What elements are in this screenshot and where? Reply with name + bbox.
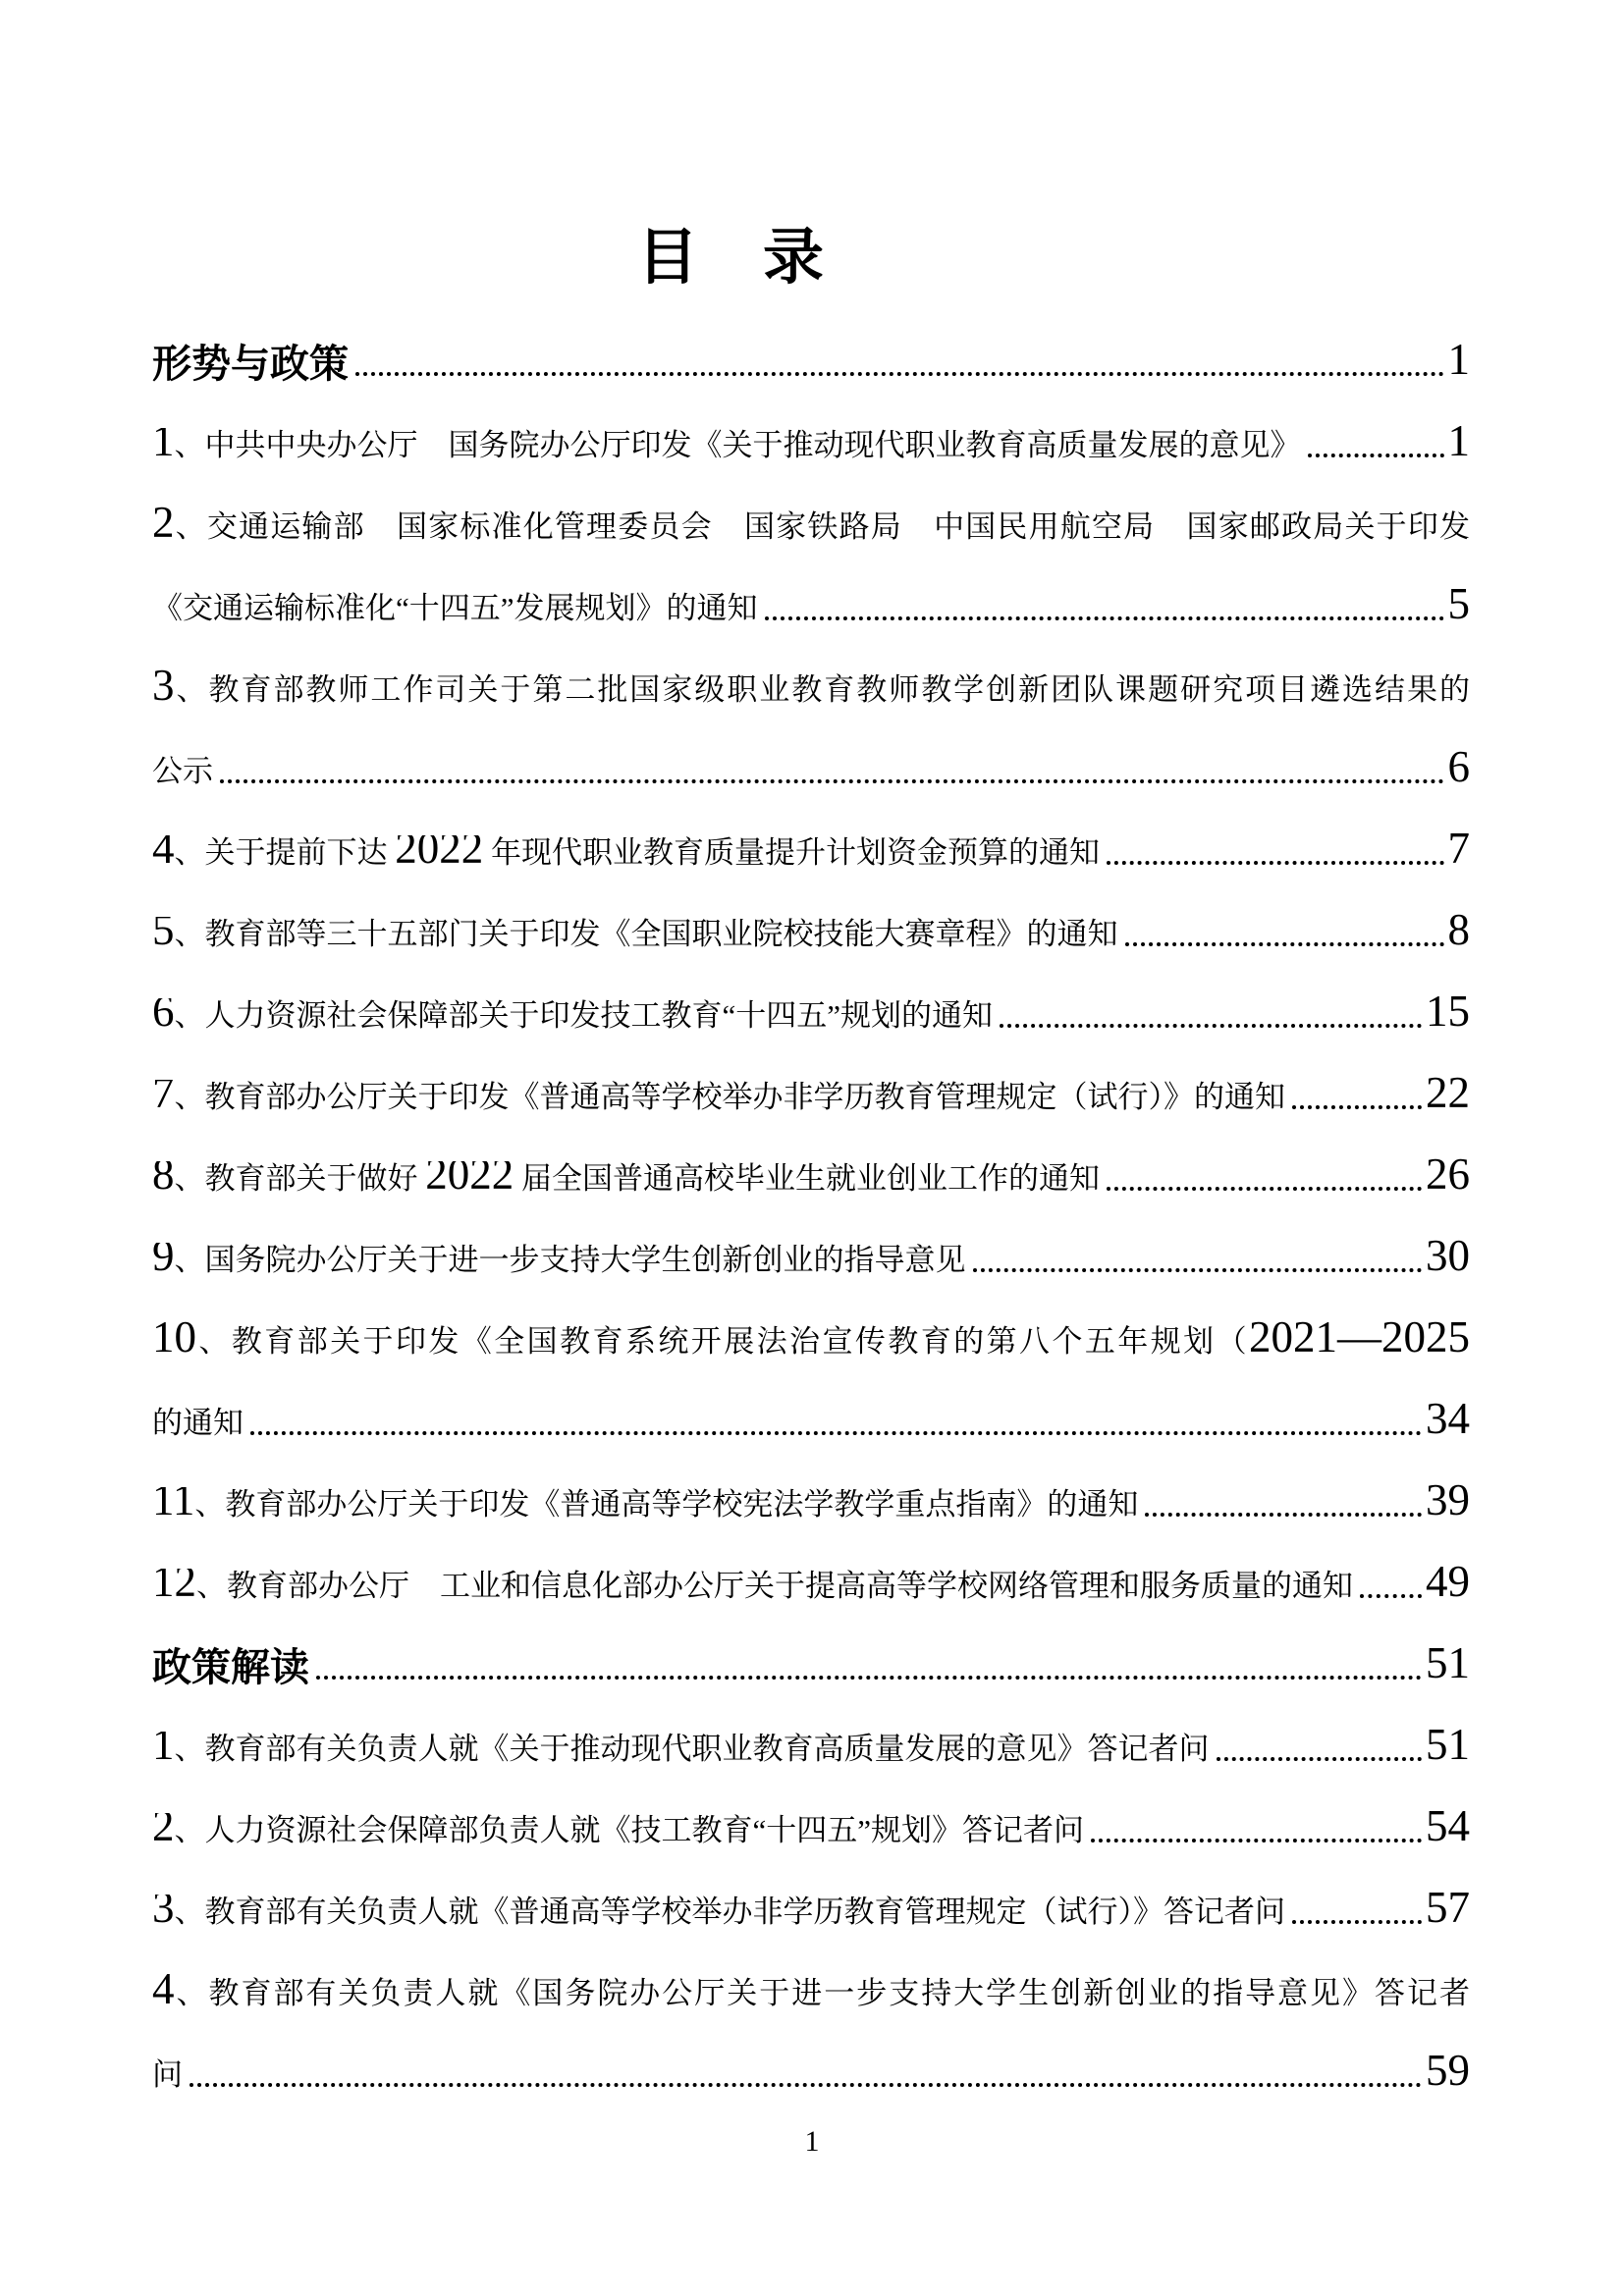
entry-page-number: 5 [1448, 593, 1471, 623]
numeral: 2 [152, 498, 175, 547]
numeral: 4 [152, 835, 175, 871]
numeral: 59 [1426, 2046, 1470, 2095]
dot-leader [1000, 1024, 1422, 1028]
toc-entry-text: 1、中共中央办公厅 国务院办公厅印发《关于推动现代职业教育高质量发展的意见》 [152, 428, 1301, 463]
toc-entry-text: 12、教育部办公厅 工业和信息化部办公厅关于提高高等学校网络管理和服务质量的通知 [152, 1569, 1353, 1604]
entry-page-number: 26 [1426, 1163, 1470, 1194]
toc-entry-row: 2、人力资源社会保障部负责人就《技工教育“十四五”规划》答记者问54 [152, 1789, 1470, 1871]
toc-entry-row: 3、教育部有关负责人就《普通高等学校举办非学历教育管理规定（试行）》答记者问57 [152, 1871, 1470, 1952]
numeral: 6 [152, 998, 175, 1034]
numeral: 2022 [425, 1161, 514, 1197]
numeral: 34 [1426, 1394, 1470, 1443]
section-page-number: 51 [1426, 1652, 1470, 1682]
entry-page-number: 57 [1426, 1896, 1470, 1927]
dot-leader [1308, 454, 1444, 457]
entry-page-number: 51 [1426, 1734, 1470, 1764]
numeral: 10 [152, 1312, 196, 1362]
entry-page-number: 7 [1448, 837, 1471, 868]
toc-entry-row: 1、教育部有关负责人就《关于推动现代职业教育高质量发展的意见》答记者问51 [152, 1708, 1470, 1789]
numeral: 1 [152, 428, 175, 463]
toc-section-row: 政策解读51 [152, 1627, 1470, 1708]
toc-entry-line: 4、教育部有关负责人就《国务院办公厅关于进一步支持大学生创新创业的指导意见》答记… [152, 1952, 1470, 2034]
footer-page-number: 1 [0, 2122, 1624, 2162]
numeral: 22 [1426, 1068, 1470, 1117]
numeral: 49 [1426, 1557, 1470, 1606]
numeral: 3 [152, 1895, 175, 1930]
toc-entry-text: 问 [152, 2057, 183, 2093]
numeral: 30 [1426, 1231, 1470, 1280]
numeral: 8 [1448, 905, 1471, 954]
numeral: 7 [1448, 824, 1471, 873]
toc-entry-line: 2、交通运输部 国家标准化管理委员会 国家铁路局 中国民用航空局 国家邮政局关于… [152, 486, 1470, 567]
toc-entry-text: 11、教育部办公厅关于印发《普通高等学校宪法学教学重点指南》的通知 [152, 1487, 1138, 1522]
toc-entry-text: 《交通运输标准化“十四五”发展规划》的通知 [152, 591, 758, 626]
dot-leader [1217, 1757, 1423, 1761]
numeral: 15 [1426, 987, 1470, 1036]
dot-leader [1091, 1839, 1422, 1842]
dot-leader [316, 1676, 1422, 1680]
entry-page-number: 1 [1448, 430, 1471, 460]
numeral: 1 [1448, 416, 1471, 465]
numeral: 57 [1426, 1883, 1470, 1932]
toc-entry-text: 1、教育部有关负责人就《关于推动现代职业教育高质量发展的意见》答记者问 [152, 1732, 1210, 1767]
toc-entry-row: 《交通运输标准化“十四五”发展规划》的通知5 [152, 567, 1470, 649]
toc-page: 目 录 形势与政策11、中共中央办公厅 国务院办公厅印发《关于推动现代职业教育高… [0, 0, 1624, 2296]
entry-page-number: 8 [1448, 919, 1471, 949]
numeral: 12 [152, 1569, 196, 1604]
dot-leader [973, 1268, 1423, 1272]
toc-entry-text: 9、国务院办公厅关于进一步支持大学生创新创业的指导意见 [152, 1243, 966, 1278]
toc-entry-row: 1、中共中央办公厅 国务院办公厅印发《关于推动现代职业教育高质量发展的意见》1 [152, 404, 1470, 486]
dot-leader [1107, 861, 1444, 865]
toc-entry-line: 10、教育部关于印发《全国教育系统开展法治宣传教育的第八个五年规划（2021—2… [152, 1301, 1470, 1382]
table-of-contents: 形势与政策11、中共中央办公厅 国务院办公厅印发《关于推动现代职业教育高质量发展… [152, 323, 1470, 2115]
toc-entry-text: 4、关于提前下达 2022 年现代职业教育质量提升计划资金预算的通知 [152, 835, 1100, 871]
numeral: 1 [152, 1732, 175, 1767]
dot-leader [1292, 1920, 1422, 1924]
toc-entry-row: 12、教育部办公厅 工业和信息化部办公厅关于提高高等学校网络管理和服务质量的通知… [152, 1545, 1470, 1627]
toc-entry-row: 8、教育部关于做好 2022 届全国普通高校毕业生就业创业工作的通知26 [152, 1138, 1470, 1219]
toc-entry-row: 公示6 [152, 730, 1470, 812]
toc-entry-row: 5、教育部等三十五部门关于印发《全国职业院校技能大赛章程》的通知8 [152, 893, 1470, 975]
dot-leader [189, 2083, 1422, 2087]
page-title: 目 录 [152, 227, 1311, 290]
numeral: 11 [152, 1487, 194, 1522]
entry-page-number: 54 [1426, 1815, 1470, 1845]
numeral: 5 [1448, 579, 1471, 628]
numeral: 8 [152, 1161, 175, 1197]
toc-entry-text: 7、教育部办公厅关于印发《普通高等学校举办非学历教育管理规定（试行）》的通知 [152, 1080, 1285, 1115]
numeral: 6 [1448, 742, 1471, 791]
numeral: 2022 [395, 835, 483, 871]
numeral: 9 [152, 1243, 175, 1278]
toc-entry-row: 4、关于提前下达 2022 年现代职业教育质量提升计划资金预算的通知7 [152, 812, 1470, 893]
numeral: 54 [1426, 1801, 1470, 1850]
toc-section-heading: 政策解读 [152, 1646, 309, 1689]
toc-section-heading: 形势与政策 [152, 343, 349, 386]
numeral: 4 [152, 1964, 175, 2013]
toc-entry-row: 11、教育部办公厅关于印发《普通高等学校宪法学教学重点指南》的通知39 [152, 1464, 1470, 1545]
numeral: 51 [1426, 1638, 1470, 1687]
toc-entry-row: 7、教育部办公厅关于印发《普通高等学校举办非学历教育管理规定（试行）》的通知22 [152, 1056, 1470, 1138]
toc-section-row: 形势与政策1 [152, 323, 1470, 404]
toc-entry-text: 8、教育部关于做好 2022 届全国普通高校毕业生就业创业工作的通知 [152, 1161, 1100, 1197]
dot-leader [355, 372, 1444, 376]
entry-page-number: 49 [1426, 1571, 1470, 1601]
dot-leader [1360, 1594, 1422, 1598]
toc-entry-line: 3、教育部教师工作司关于第二批国家级职业教育教师教学创新团队课题研究项目遴选结果… [152, 649, 1470, 730]
dot-leader [1125, 942, 1444, 946]
dot-leader [1107, 1187, 1422, 1191]
toc-entry-row: 问59 [152, 2034, 1470, 2115]
numeral: 2 [152, 1813, 175, 1848]
numeral: 26 [1426, 1149, 1470, 1199]
dot-leader [250, 1431, 1422, 1435]
entry-page-number: 6 [1448, 756, 1471, 786]
entry-page-number: 15 [1426, 1000, 1470, 1031]
numeral: 51 [1426, 1720, 1470, 1769]
numeral: 1 [1448, 335, 1471, 384]
dot-leader [1145, 1513, 1422, 1517]
toc-entry-row: 9、国务院办公厅关于进一步支持大学生创新创业的指导意见30 [152, 1219, 1470, 1301]
entry-page-number: 39 [1426, 1489, 1470, 1520]
dot-leader [1292, 1105, 1422, 1109]
entry-page-number: 22 [1426, 1082, 1470, 1112]
dot-leader [220, 779, 1444, 783]
toc-entry-text: 2、人力资源社会保障部负责人就《技工教育“十四五”规划》答记者问 [152, 1813, 1084, 1848]
toc-entry-text: 6、人力资源社会保障部关于印发技工教育“十四五”规划的通知 [152, 998, 993, 1034]
toc-entry-row: 6、人力资源社会保障部关于印发技工教育“十四五”规划的通知15 [152, 975, 1470, 1056]
entry-page-number: 30 [1426, 1245, 1470, 1275]
numeral: 39 [1426, 1475, 1470, 1524]
toc-entry-text: 5、教育部等三十五部门关于印发《全国职业院校技能大赛章程》的通知 [152, 917, 1118, 952]
toc-entry-row: 的通知34 [152, 1382, 1470, 1464]
toc-entry-text: 的通知 [152, 1406, 244, 1441]
numeral: 5 [152, 917, 175, 952]
numeral: 7 [152, 1080, 175, 1115]
entry-page-number: 59 [1426, 2059, 1470, 2090]
entry-page-number: 34 [1426, 1408, 1470, 1438]
toc-entry-text: 公示 [152, 754, 213, 789]
dot-leader [765, 616, 1444, 620]
numeral: 2021—2025 [1249, 1312, 1470, 1362]
numeral: 3 [152, 661, 175, 710]
section-page-number: 1 [1448, 348, 1471, 379]
toc-entry-text: 3、教育部有关负责人就《普通高等学校举办非学历教育管理规定（试行）》答记者问 [152, 1895, 1285, 1930]
